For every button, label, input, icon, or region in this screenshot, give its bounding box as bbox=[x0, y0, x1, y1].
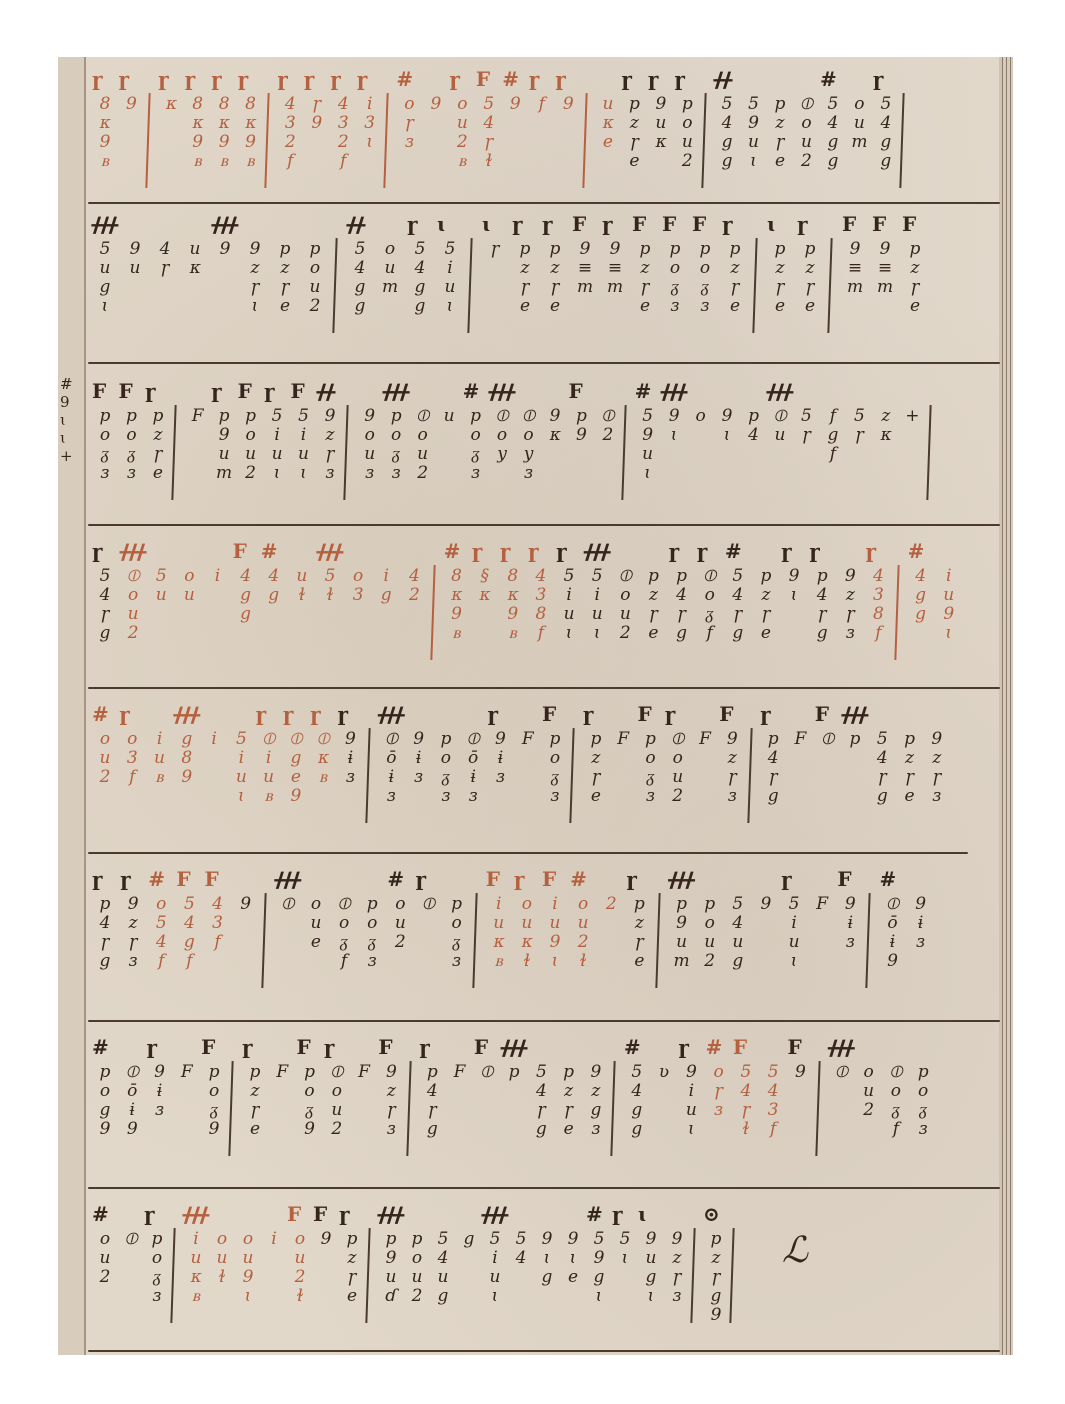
tablature-letters: iuᏼ bbox=[147, 730, 173, 787]
tablature-glyph: ᵹ bbox=[706, 605, 714, 624]
ruled-line bbox=[88, 1187, 1000, 1189]
tablature-glyph: p bbox=[634, 895, 645, 914]
tablature-glyph: 3 bbox=[127, 749, 138, 768]
tablature-glyph: u bbox=[493, 914, 504, 933]
tablature-glyph: i bbox=[566, 586, 571, 605]
tablature-glyph: 4 bbox=[768, 1082, 779, 1101]
tablature-glyph: e bbox=[591, 787, 601, 806]
tablature-glyph: ɼ bbox=[649, 605, 657, 624]
tablature-glyph: ɜ bbox=[392, 464, 401, 483]
tablature-glyph: 4 bbox=[516, 1249, 527, 1268]
tablature-glyph: g bbox=[594, 1268, 605, 1287]
rhythm-sign: ɼ bbox=[145, 377, 154, 405]
tablature-letters: p bbox=[842, 730, 868, 749]
rhythm-sign: ɼ bbox=[211, 65, 220, 93]
tablature-letters: 54gg bbox=[347, 240, 373, 316]
tablature-glyph: ≡ bbox=[878, 259, 892, 278]
tablature-glyph: o bbox=[451, 914, 461, 933]
tablature-glyph: 4 bbox=[268, 567, 279, 586]
tablature-glyph: ᴋ bbox=[193, 114, 203, 133]
tablature-glyph: 9 bbox=[495, 730, 506, 749]
tablature-glyph: ɩ bbox=[566, 624, 573, 643]
rhythm-sign: # bbox=[92, 1033, 107, 1061]
barline bbox=[365, 1228, 370, 1323]
tablature-glyph: 9 bbox=[290, 787, 301, 806]
tablature-letters: 438f bbox=[528, 567, 554, 643]
tablature-glyph: 2 bbox=[100, 1268, 111, 1287]
tablature-glyph: ɜ bbox=[129, 952, 138, 971]
tablature-glyph: 5 bbox=[355, 240, 366, 259]
tablature-glyph: g bbox=[880, 133, 891, 152]
tablature-glyph: g bbox=[381, 586, 392, 605]
tablature-glyph: p bbox=[576, 407, 587, 426]
tablature-glyph: p bbox=[711, 1230, 722, 1249]
tablature-glyph: 4 bbox=[732, 586, 743, 605]
tablature-glyph: u bbox=[642, 445, 653, 464]
tablature-glyph: o bbox=[156, 895, 166, 914]
rhythm-sign: ᚋᚋᚋ bbox=[842, 700, 866, 728]
tablature-letters: iu9ɩ bbox=[542, 895, 568, 971]
tablature-glyph: 5 bbox=[236, 730, 247, 749]
tablature-glyph: z bbox=[630, 114, 639, 133]
tablature-glyph: ᴋ bbox=[603, 114, 613, 133]
tablature-glyph: 9 bbox=[386, 1063, 397, 1082]
tablature-letters: iuᴋᏼ bbox=[183, 1230, 209, 1306]
tablature-glyph: m bbox=[674, 952, 690, 971]
tablature-glyph: 4 bbox=[676, 586, 687, 605]
tablature-glyph: z bbox=[776, 259, 785, 278]
tablature-glyph: 3 bbox=[768, 1101, 779, 1120]
tablature-glyph: g bbox=[355, 297, 366, 316]
tablature-letters: g bbox=[456, 1230, 482, 1249]
tablature-glyph: u bbox=[310, 278, 321, 297]
tablature-letters: 54gg bbox=[624, 1063, 650, 1139]
tablature-letters: p4ɼg bbox=[809, 567, 835, 643]
tablature-glyph: F bbox=[617, 730, 629, 749]
tablature-glyph: 9 bbox=[240, 895, 251, 914]
rhythm-sign: F bbox=[287, 1200, 299, 1228]
tablature-glyph: ᵹ bbox=[340, 933, 348, 952]
tablature-glyph: 2 bbox=[128, 624, 139, 643]
tablature-glyph: F bbox=[181, 1063, 193, 1082]
barline bbox=[406, 1061, 411, 1156]
rhythm-sign: # bbox=[624, 1033, 639, 1061]
tablature-glyph: 9 bbox=[127, 1120, 138, 1139]
tablature-glyph: p bbox=[775, 240, 786, 259]
tablature-letters: fgf bbox=[820, 407, 846, 464]
rhythm-sign: # bbox=[908, 537, 923, 565]
tablature-glyph: g bbox=[590, 1101, 601, 1120]
tablature-glyph: 9 bbox=[576, 426, 587, 445]
tablature-glyph: u bbox=[331, 1101, 342, 1120]
tablature-glyph: g bbox=[827, 426, 838, 445]
tablature-glyph: ⦶ bbox=[522, 407, 534, 426]
tablature-system-2: ᚋᚋᚋ5ugɩ9u4ɼuᴋᚋᚋᚋ99zɼɩpzɼepou2ᚋᚋ54ggoumɼ5… bbox=[88, 210, 998, 345]
tablature-glyph: ɼ bbox=[387, 1101, 395, 1120]
tablature-glyph: u bbox=[298, 445, 309, 464]
tablature-glyph: g bbox=[732, 624, 743, 643]
tablature-letters: pzɼe bbox=[897, 730, 923, 806]
tablature-glyph: i bbox=[211, 730, 216, 749]
tablature-glyph: ᏼ bbox=[101, 152, 109, 171]
tablature-glyph: p bbox=[250, 1063, 261, 1082]
tablature-glyph: i bbox=[492, 1249, 497, 1268]
tablature-glyph: 4 bbox=[100, 914, 111, 933]
tablature-letters: pzɼe bbox=[512, 240, 538, 316]
tablature-glyph: z bbox=[129, 914, 138, 933]
tablature-glyph: g bbox=[880, 152, 891, 171]
tablature-glyph: o bbox=[470, 426, 480, 445]
tablature-glyph: 5 bbox=[156, 567, 167, 586]
tablature-glyph: ɼ bbox=[641, 278, 649, 297]
tablature-letters: 9zɼɩ bbox=[242, 240, 268, 316]
tablature-glyph: g bbox=[827, 133, 838, 152]
tablature-glyph: p bbox=[850, 730, 861, 749]
tablature-glyph: u bbox=[521, 914, 532, 933]
tablature-glyph: z bbox=[387, 1082, 396, 1101]
tablature-letters: ⦶ōɨɜ bbox=[460, 730, 486, 806]
tablature-letters: 43f bbox=[205, 895, 231, 952]
tablature-glyph: 4 bbox=[722, 114, 733, 133]
rhythm-sign: F bbox=[233, 537, 245, 565]
barline bbox=[332, 238, 337, 333]
tablature-glyph: g bbox=[240, 605, 251, 624]
tablature-letters: pzɼe bbox=[632, 240, 658, 316]
tablature-glyph: o bbox=[310, 259, 320, 278]
barline bbox=[229, 1061, 234, 1156]
tablature-glyph: 5 bbox=[298, 407, 309, 426]
tablature-glyph: p bbox=[470, 407, 481, 426]
rhythm-sign: ɩ bbox=[437, 210, 443, 238]
tablature-glyph: g bbox=[438, 1287, 449, 1306]
tablature-glyph: ɼ bbox=[673, 1268, 681, 1287]
rhythm-sign: F bbox=[787, 1033, 799, 1061]
rhythm-sign: ɼ bbox=[873, 65, 882, 93]
tablature-glyph: f bbox=[214, 933, 220, 952]
tablature-glyph: u bbox=[592, 605, 603, 624]
tablature-letters: uᴋe bbox=[595, 95, 621, 152]
tablature-letters: pzɼe bbox=[621, 95, 647, 171]
rhythm-sign: ɼ bbox=[158, 65, 167, 93]
tablature-glyph: p bbox=[730, 240, 741, 259]
tablature-letters: uɫ bbox=[289, 567, 315, 605]
tablature-glyph: f bbox=[129, 768, 135, 787]
rhythm-sign: ɼ bbox=[118, 65, 127, 93]
tablature-glyph: 9 bbox=[321, 1230, 332, 1249]
tablature-letters: 9 bbox=[787, 1063, 813, 1082]
tablature-letters: pzɼe bbox=[583, 730, 609, 806]
tablature-glyph: 5 bbox=[483, 95, 494, 114]
tablature-glyph: u bbox=[682, 133, 693, 152]
tablature-glyph: ᵹ bbox=[551, 768, 559, 787]
tablature-letters: ⦶u bbox=[767, 407, 793, 445]
tablature-letters: 9zɼɜ bbox=[664, 1230, 690, 1306]
tablature-glyph: ⦶ bbox=[619, 567, 631, 586]
tablature-glyph: u bbox=[154, 749, 165, 768]
tablature-glyph: 5 bbox=[880, 95, 891, 114]
tablature-glyph: 4 bbox=[768, 749, 779, 768]
barline bbox=[264, 93, 269, 188]
tablature-glyph: e bbox=[564, 1120, 574, 1139]
tablature-letters: F bbox=[610, 730, 636, 749]
tablature-glyph: p bbox=[590, 730, 601, 749]
tablature-glyph: ᴋ bbox=[881, 426, 891, 445]
tablature-glyph: ⦶ bbox=[890, 1063, 902, 1082]
tablature-letters: pzɼe bbox=[542, 240, 568, 316]
tablature-glyph: e bbox=[153, 464, 163, 483]
rhythm-sign: ɼ bbox=[514, 865, 523, 893]
tablature-glyph: 5 bbox=[100, 240, 111, 259]
tablature-glyph: ɼ bbox=[905, 768, 913, 787]
tablature-letters: 9 bbox=[233, 895, 259, 914]
tablature-glyph: 5 bbox=[592, 567, 603, 586]
tablature-glyph: ɼ bbox=[313, 95, 321, 114]
tablature-glyph: ɼ bbox=[101, 605, 109, 624]
tablature-letters: 5iuɩ bbox=[482, 1230, 508, 1306]
tablature-letters: poᵹɜ bbox=[383, 407, 409, 483]
tablature-glyph: 9 bbox=[943, 605, 954, 624]
tablature-glyph: o bbox=[404, 95, 414, 114]
tablature-letters: ⦶ bbox=[474, 1063, 500, 1082]
tablature-glyph: ɼ bbox=[251, 278, 259, 297]
tablature-glyph: ɨ bbox=[918, 914, 923, 933]
rhythm-sign: ɼ bbox=[500, 537, 509, 565]
tablature-glyph: 4 bbox=[427, 1082, 438, 1101]
tablature-glyph: ɩ bbox=[238, 787, 245, 806]
tablature-glyph: 9 bbox=[304, 1120, 315, 1139]
tablature-letters: 9ɨɜ bbox=[147, 1063, 173, 1120]
tablature-glyph: g bbox=[542, 1268, 553, 1287]
tablature-glyph: g bbox=[184, 933, 195, 952]
tablature-glyph: + bbox=[905, 407, 919, 426]
tablature-glyph: 4 bbox=[748, 426, 759, 445]
tablature-glyph: g bbox=[722, 152, 733, 171]
tablature-glyph: e bbox=[347, 1287, 357, 1306]
tablature-glyph: 9 bbox=[880, 240, 891, 259]
tablature-glyph: ɜ bbox=[932, 787, 941, 806]
tablature-glyph: ⦶ bbox=[331, 1063, 343, 1082]
tablature-glyph: u bbox=[272, 445, 283, 464]
tablature-glyph: g bbox=[427, 1120, 438, 1139]
tablature-glyph: u bbox=[490, 1268, 501, 1287]
tablature-glyph: ɜ bbox=[524, 464, 533, 483]
tablature-glyph: u bbox=[412, 1268, 423, 1287]
tablature-glyph: 9 bbox=[845, 895, 856, 914]
tablature-letters: F bbox=[351, 1063, 377, 1082]
tablature-letters: o bbox=[688, 407, 714, 426]
tablature-glyph: ⦶ bbox=[704, 567, 716, 586]
tablature-letters: 9ᴋ bbox=[542, 407, 568, 445]
tablature-glyph: 9 bbox=[243, 1268, 254, 1287]
tablature-glyph: u bbox=[385, 259, 396, 278]
tablature-glyph: ᵹ bbox=[892, 1101, 900, 1120]
tablature-glyph: ɼ bbox=[776, 133, 784, 152]
tablature-letters: oɼɜ bbox=[706, 1063, 732, 1120]
tablature-glyph: g bbox=[268, 586, 279, 605]
tablature-letters: oɼɜ bbox=[396, 95, 422, 152]
tablature-letters: ⦶ou2 bbox=[612, 567, 638, 643]
tablature-glyph: ⦶ bbox=[774, 407, 786, 426]
tablature-glyph: 9 bbox=[219, 426, 230, 445]
tablature-glyph: ɫ bbox=[580, 952, 586, 971]
tablature-glyph: 2 bbox=[801, 152, 812, 171]
rhythm-sign: ᚋᚋᚋ bbox=[584, 537, 608, 565]
tablature-glyph: e bbox=[634, 952, 644, 971]
tablature-glyph: g bbox=[877, 787, 888, 806]
facing-page-edge: #9ɩɩ+ bbox=[58, 57, 86, 1355]
tablature-letters: pzɼe bbox=[272, 240, 298, 316]
tablature-glyph: 5 bbox=[854, 407, 865, 426]
tablature-glyph: p bbox=[245, 407, 256, 426]
rhythm-sign: ɼ bbox=[337, 700, 346, 728]
rhythm-sign: ᚋᚋᚋ bbox=[383, 377, 407, 405]
tablature-glyph: u bbox=[578, 914, 589, 933]
tablature-glyph: ᴋ bbox=[166, 95, 176, 114]
tablature-letters: ᴋ bbox=[158, 95, 184, 114]
tablature-glyph: ɩ bbox=[791, 952, 798, 971]
rhythm-sign: ᚋᚋ bbox=[347, 210, 363, 238]
tablature-glyph: 9 bbox=[209, 1120, 220, 1139]
tablature-glyph: 2 bbox=[245, 464, 256, 483]
rhythm-sign: ɼ bbox=[264, 377, 273, 405]
tablature-letters: ⦶oy bbox=[489, 407, 515, 464]
tablature-glyph: f bbox=[538, 624, 544, 643]
tablature-glyph: i bbox=[239, 749, 244, 768]
tablature-glyph: z bbox=[591, 749, 600, 768]
tablature-glyph: 4 bbox=[740, 1082, 751, 1101]
tablature-glyph: 9 bbox=[761, 895, 772, 914]
rhythm-sign: ɼ bbox=[583, 700, 592, 728]
tablature-glyph: ɜ bbox=[496, 768, 505, 787]
barline bbox=[430, 565, 435, 660]
tablature-glyph: 4 bbox=[828, 114, 839, 133]
tablature-letters: 54ɼg bbox=[528, 1063, 554, 1139]
tablature-glyph: ɨ bbox=[130, 1101, 135, 1120]
tablature-glyph: u bbox=[245, 445, 256, 464]
rhythm-sign: ᚋᚋᚋ bbox=[275, 865, 299, 893]
barline bbox=[900, 93, 905, 188]
tablature-letters: 54 bbox=[508, 1230, 534, 1268]
tablature-glyph: ɩ bbox=[447, 297, 454, 316]
tablature-glyph: i bbox=[447, 259, 452, 278]
ruled-line bbox=[88, 1020, 1000, 1022]
rhythm-sign: F bbox=[378, 1033, 390, 1061]
tablature-letters: ou2 bbox=[92, 1230, 118, 1287]
tablature-glyph: ɼ bbox=[348, 1268, 356, 1287]
tablature-glyph: o bbox=[705, 586, 715, 605]
tablature-letters: 4gg bbox=[233, 567, 259, 624]
tablature-glyph: g bbox=[722, 133, 733, 152]
tablature-letters: 9≡m bbox=[602, 240, 628, 297]
tablature-glyph: u bbox=[775, 426, 786, 445]
tablature-glyph: 9 bbox=[722, 407, 733, 426]
tablature-glyph: o bbox=[700, 259, 710, 278]
tablature-letters: ⦶oᵹf bbox=[331, 895, 357, 971]
tablature-letters: 2 bbox=[598, 895, 624, 914]
rhythm-sign: # bbox=[820, 65, 835, 93]
tablature-glyph: ɨ bbox=[348, 749, 353, 768]
tablature-glyph: 9 bbox=[887, 952, 898, 971]
rhythm-sign: ᚋᚋᚋ bbox=[482, 1200, 506, 1228]
rhythm-sign: ⊙ bbox=[703, 1200, 718, 1228]
tablature-glyph: e bbox=[520, 297, 530, 316]
tablature-glyph: 9 bbox=[250, 240, 261, 259]
tablature-glyph: ɩ bbox=[300, 464, 307, 483]
tablature-glyph: 3 bbox=[338, 114, 349, 133]
tablature-letters: pzɼe bbox=[767, 240, 793, 316]
tablature-glyph: ᵹ bbox=[671, 278, 679, 297]
tablature-glyph: g bbox=[415, 297, 426, 316]
tablature-glyph: e bbox=[775, 152, 785, 171]
tablature-glyph: i bbox=[274, 426, 279, 445]
tablature-letters: F bbox=[174, 1063, 200, 1082]
rhythm-sign: ɼ bbox=[809, 537, 818, 565]
rhythm-sign: ɼ bbox=[256, 700, 265, 728]
tablature-letters: pzɼe bbox=[339, 1230, 365, 1306]
tablature-glyph: u bbox=[190, 240, 201, 259]
tablature-letters: F bbox=[185, 407, 211, 426]
tablature-glyph: F bbox=[816, 895, 828, 914]
tablature-letters: 9zɼɜ bbox=[378, 1063, 404, 1139]
tablature-glyph: o bbox=[339, 914, 349, 933]
tablature-glyph: p bbox=[391, 407, 402, 426]
tablature-glyph: o bbox=[645, 749, 655, 768]
tablature-glyph: u bbox=[854, 114, 865, 133]
rhythm-sign: ɼ bbox=[542, 210, 551, 238]
tablature-glyph: ɼ bbox=[878, 768, 886, 787]
tablature-glyph: 5 bbox=[490, 1230, 501, 1249]
margin-glyph: ɩ bbox=[60, 411, 80, 429]
tablature-glyph: p bbox=[219, 407, 230, 426]
tablature-letters: 9ouɜ bbox=[357, 407, 383, 483]
rhythm-sign: F bbox=[176, 865, 188, 893]
tablature-glyph: g bbox=[915, 586, 926, 605]
tablature-glyph: ɨ bbox=[470, 768, 475, 787]
tablature-glyph: z bbox=[251, 259, 260, 278]
tablature-glyph: u bbox=[655, 114, 666, 133]
tablature-glyph: F bbox=[699, 730, 711, 749]
tablature-system-1: ɼ8ᴋ9ᏼɼ9ɼᴋɼ8ᴋ9ᏼɼ8ᴋ9ᏼɼ8ᴋ9ᏼɼ432fɼɼ9ɼ432fɼi3… bbox=[88, 65, 998, 200]
rhythm-sign: F bbox=[837, 865, 849, 893]
tablature-glyph: ᴋ bbox=[656, 133, 666, 152]
tablature-letters: + bbox=[899, 407, 925, 426]
tablature-glyph: 3 bbox=[873, 586, 884, 605]
tablature-glyph: 2 bbox=[672, 787, 683, 806]
tablature-letters: oum bbox=[377, 240, 403, 297]
tablature-glyph: p bbox=[520, 240, 531, 259]
tablature-glyph: u bbox=[801, 133, 812, 152]
tablature-letters: 54ɼg bbox=[92, 567, 118, 643]
tablature-glyph: u bbox=[748, 133, 759, 152]
tablature-glyph: o bbox=[673, 749, 683, 768]
tablature-glyph: f bbox=[341, 952, 347, 971]
tablature-glyph: ɩ bbox=[552, 952, 559, 971]
tablature-glyph: 4 bbox=[880, 114, 891, 133]
tablature-glyph: ⦶ bbox=[481, 1063, 493, 1082]
tablature-letters: ⦶ bbox=[415, 895, 441, 914]
tablature-glyph: 5 bbox=[594, 1230, 605, 1249]
tablature-glyph: ɜ bbox=[646, 787, 655, 806]
tablature-letters: o3f bbox=[119, 730, 145, 787]
tablature-glyph: p bbox=[775, 95, 786, 114]
tablature-glyph: g bbox=[711, 1287, 722, 1306]
tablature-glyph: z bbox=[551, 259, 560, 278]
tablature-glyph: o bbox=[395, 895, 405, 914]
barline bbox=[467, 238, 472, 333]
tablature-glyph: ᴋ bbox=[480, 586, 490, 605]
tablature-glyph: ᴋ bbox=[100, 114, 110, 133]
tablature-glyph: o bbox=[304, 1082, 314, 1101]
